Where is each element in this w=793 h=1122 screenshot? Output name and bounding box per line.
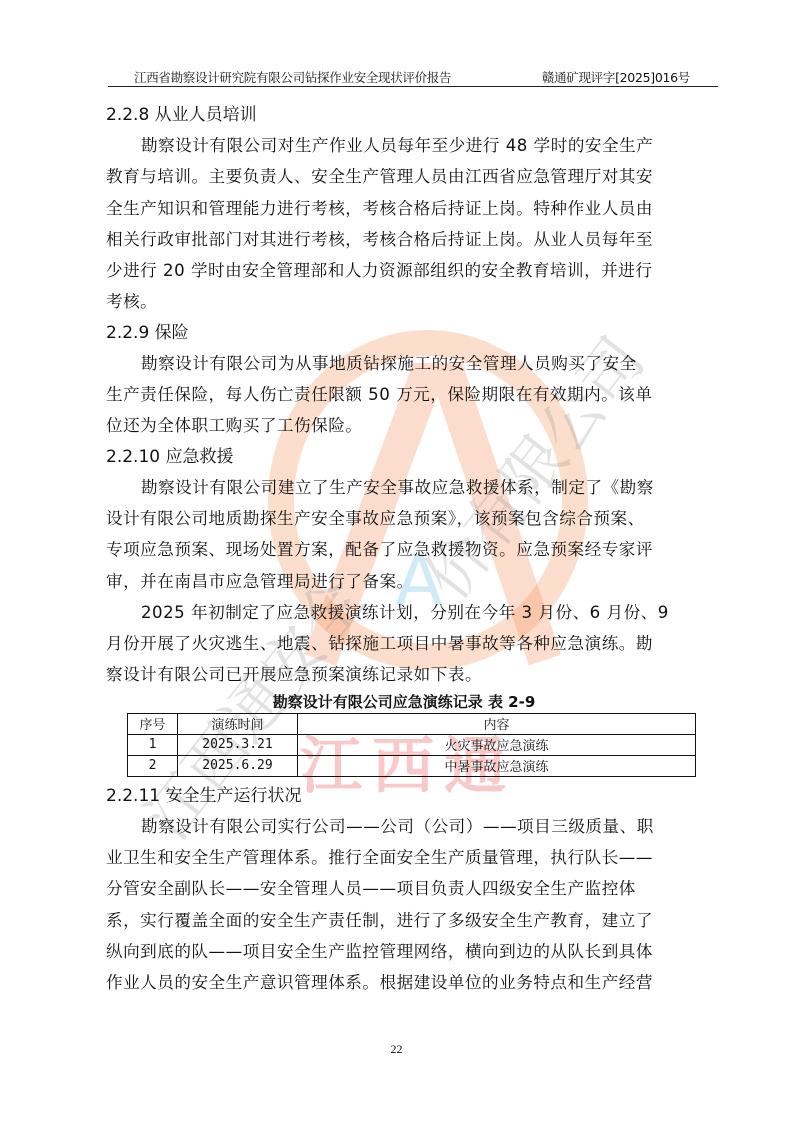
report-title: 江西省勘察设计研究院有限公司钻探作业安全现状评价报告	[134, 68, 451, 86]
text-line: 2025 年初制定了应急救援演练计划，分别在今年 3 月份、6 月份、9	[106, 597, 718, 628]
page-content: 2.2.8 从业人员培训 勘察设计有限公司对生产作业人员每年至少进行 48 学时…	[106, 100, 718, 999]
cell-index: 2	[128, 755, 178, 776]
text-line: 相关行政审批部门对其进行考核，考核合格后持证上岗。从业人员每年至	[106, 224, 718, 255]
section-heading-operation-status: 2.2.11 安全生产运行状况	[106, 781, 718, 811]
cell-index: 1	[128, 734, 178, 755]
cell-content: 中暑事故应急演练	[298, 755, 696, 776]
cell-date: 2025.3.21	[178, 734, 298, 755]
text-line: 作业人员的安全生产意识管理体系。根据建设单位的业务特点和生产经营	[106, 967, 718, 998]
table-row: 2 2025.6.29 中暑事故应急演练	[128, 755, 696, 776]
column-header-date: 演练时间	[178, 713, 298, 734]
text-line: 教育与培训。主要负责人、安全生产管理人员由江西省应急管理厅对其安	[106, 161, 718, 192]
section-heading-emergency: 2.2.10 应急救援	[106, 442, 718, 472]
cell-content: 火灾事故应急演练	[298, 734, 696, 755]
text-line: 少进行 20 学时由安全管理部和人力资源部组织的安全教育培训，并进行	[106, 255, 718, 286]
column-header-content: 内容	[298, 713, 696, 734]
text-line: 考核。	[106, 286, 718, 317]
text-line: 勘察设计有限公司建立了生产安全事故应急救援体系，制定了《勘察	[106, 472, 718, 503]
table-caption: 勘察设计有限公司应急演练记录 表 2-9	[90, 691, 718, 713]
column-header-index: 序号	[128, 713, 178, 734]
section-heading-training: 2.2.8 从业人员培训	[106, 100, 718, 130]
cell-date: 2025.6.29	[178, 755, 298, 776]
document-page: A 价有限公司 江西通安全 江西通 江西省勘察设计研究院有限公司钻探作业安全现状…	[0, 0, 793, 1122]
text-line: 生产责任保险，每人伤亡责任限额 50 万元，保险期限在有效期内。该单	[106, 379, 718, 410]
section-heading-insurance: 2.2.9 保险	[106, 318, 718, 348]
table-header-row: 序号 演练时间 内容	[128, 713, 696, 734]
text-line: 勘察设计有限公司为从事地质钻探施工的安全管理人员购买了安全	[106, 348, 718, 379]
drill-record-table: 序号 演练时间 内容 1 2025.3.21 火灾事故应急演练 2 2025.6…	[127, 713, 696, 777]
text-line: 设计有限公司地质勘探生产安全事故应急预案》，该预案包含综合预案、	[106, 503, 718, 534]
text-line: 察设计有限公司已开展应急预案演练记录如下表。	[106, 659, 718, 690]
paragraph-operation-status: 勘察设计有限公司实行公司——公司（公司）——项目三级质量、职 业卫生和安全生产管…	[106, 811, 718, 999]
text-line: 审，并在南昌市应急管理局进行了备案。	[106, 566, 718, 597]
text-line: 业卫生和安全生产管理体系。推行全面安全生产质量管理，执行队长——	[106, 842, 718, 873]
paragraph-insurance: 勘察设计有限公司为从事地质钻探施工的安全管理人员购买了安全 生产责任保险，每人伤…	[106, 348, 718, 442]
document-number: 赣通矿现评字[2025]016号	[542, 68, 690, 86]
text-line: 分管安全副队长——安全管理人员——项目负责人四级安全生产监控体	[106, 873, 718, 904]
text-line: 位还为全体职工购买了工伤保险。	[106, 410, 718, 441]
paragraph-emergency-drills: 2025 年初制定了应急救援演练计划，分别在今年 3 月份、6 月份、9 月份开…	[106, 597, 718, 691]
paragraph-training: 勘察设计有限公司对生产作业人员每年至少进行 48 学时的安全生产 教育与培训。主…	[106, 130, 718, 318]
paragraph-emergency-system: 勘察设计有限公司建立了生产安全事故应急救援体系，制定了《勘察 设计有限公司地质勘…	[106, 472, 718, 597]
page-number: 22	[0, 1042, 793, 1057]
text-line: 纵向到底的队——项目安全生产监控管理网络，横向到边的从队长到具体	[106, 936, 718, 967]
text-line: 勘察设计有限公司实行公司——公司（公司）——项目三级质量、职	[106, 811, 718, 842]
page-header: 江西省勘察设计研究院有限公司钻探作业安全现状评价报告 赣通矿现评字[2025]0…	[108, 66, 718, 87]
text-line: 全生产知识和管理能力进行考核，考核合格后持证上岗。特种作业人员由	[106, 193, 718, 224]
text-line: 系，实行覆盖全面的安全生产责任制，进行了多级安全生产教育，建立了	[106, 905, 718, 936]
table-row: 1 2025.3.21 火灾事故应急演练	[128, 734, 696, 755]
text-line: 月份开展了火灾逃生、地震、钻探施工项目中暑事故等各种应急演练。勘	[106, 628, 718, 659]
text-line: 勘察设计有限公司对生产作业人员每年至少进行 48 学时的安全生产	[106, 130, 718, 161]
text-line: 专项应急预案、现场处置方案，配备了应急救援物资。应急预案经专家评	[106, 534, 718, 565]
